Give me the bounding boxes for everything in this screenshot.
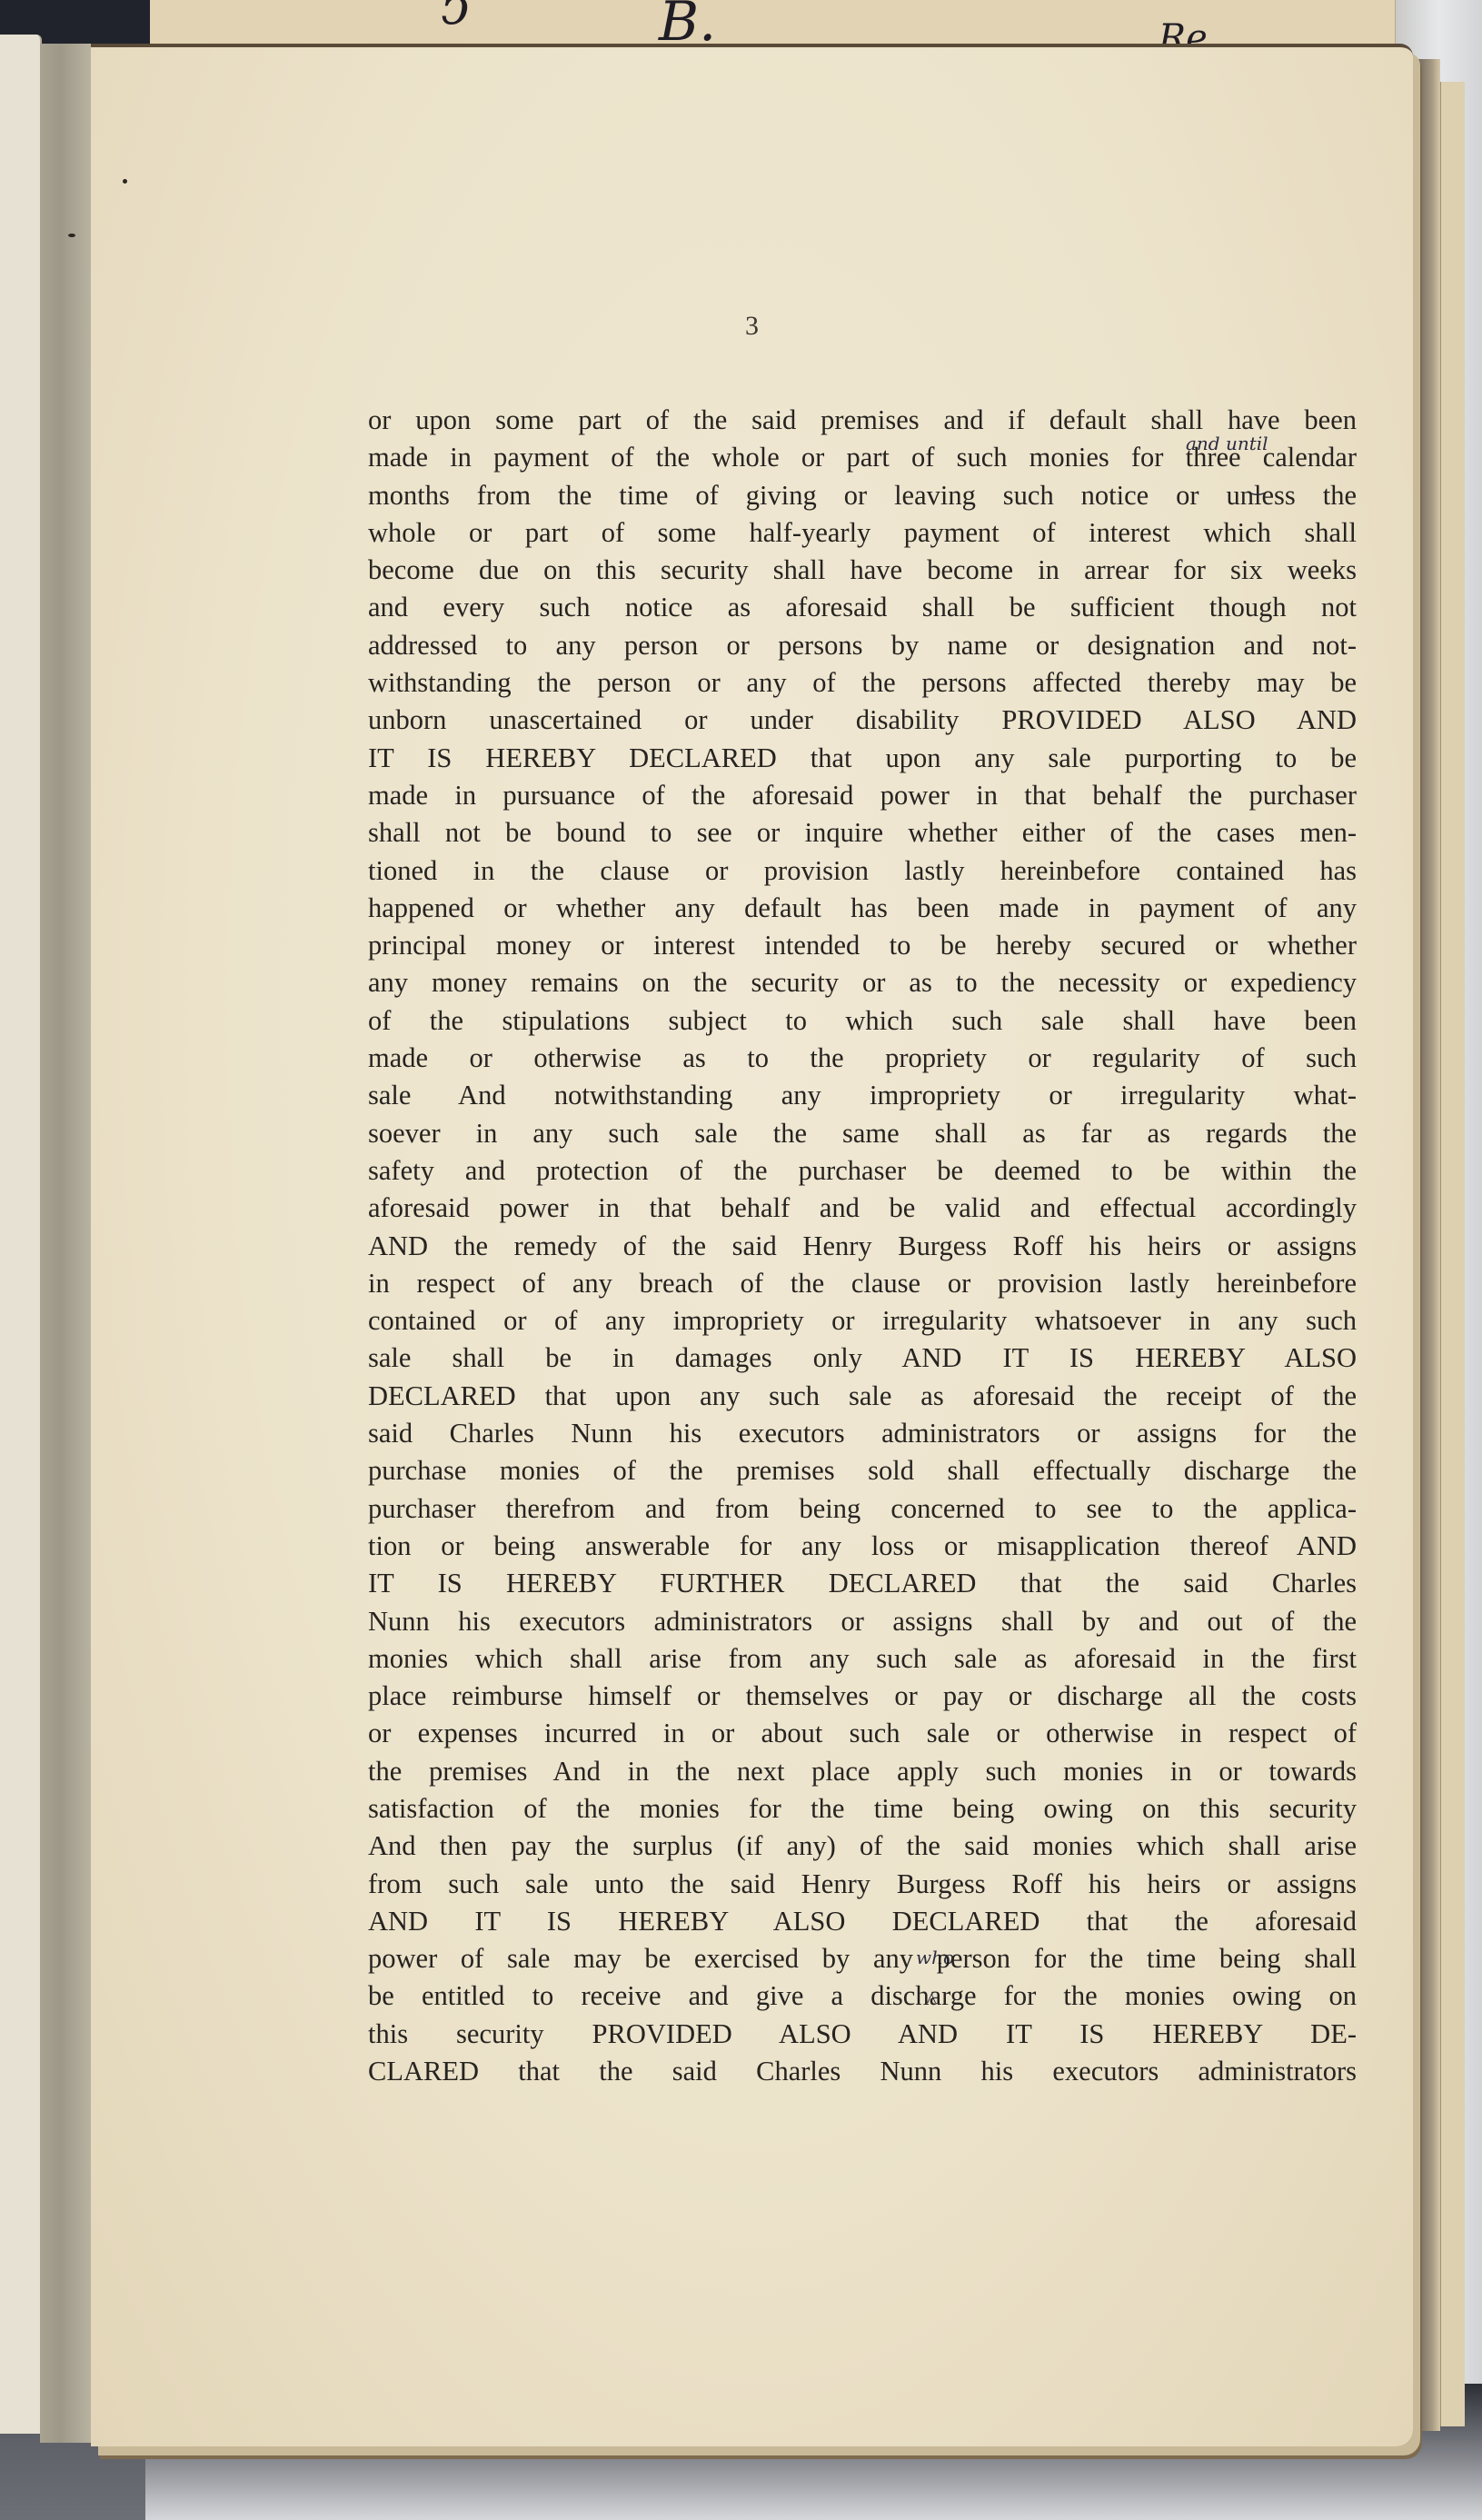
text-line: or upon some part of the said premises a… xyxy=(368,402,1357,439)
text-line: purchase monies of the premises sold sha… xyxy=(368,1452,1357,1489)
behind-handwriting-b: B. xyxy=(659,0,716,49)
paper-blemish xyxy=(123,179,127,184)
text-line: made in payment of the whole or part of … xyxy=(368,439,1357,476)
text-line: months from the time of giving or leavin… xyxy=(368,477,1357,514)
text-line: of the stipulations subject to which suc… xyxy=(368,1002,1357,1040)
text-line: shall not be bound to see or inquire whe… xyxy=(368,814,1357,852)
text-line: this security PROVIDED ALSO AND IT IS HE… xyxy=(368,2016,1357,2053)
text-line: addressed to any person or persons by na… xyxy=(368,627,1357,664)
page-fore-edge xyxy=(1413,59,1440,2431)
text-line: any money remains on the security or as … xyxy=(368,964,1357,1001)
text-line: IT IS HEREBY DECLARED that upon any sale… xyxy=(368,740,1357,777)
text-line: aforesaid power in that behalf and be va… xyxy=(368,1190,1357,1227)
text-line: principal money or interest intended to … xyxy=(368,927,1357,964)
text-line: be entitled to receive and give a discha… xyxy=(368,1977,1357,2015)
text-line: AND the remedy of the said Henry Burgess… xyxy=(368,1228,1357,1265)
text-line: And then pay the surplus (if any) of the… xyxy=(368,1828,1357,1865)
text-line: safety and protection of the purchaser b… xyxy=(368,1152,1357,1190)
text-line: soever in any such sale the same shall a… xyxy=(368,1115,1357,1152)
text-line: tioned in the clause or provision lastly… xyxy=(368,852,1357,890)
text-line: purchaser therefrom and from being conce… xyxy=(368,1490,1357,1528)
text-line: IT IS HEREBY FURTHER DECLARED that the s… xyxy=(368,1565,1357,1602)
text-line: in respect of any breach of the clause o… xyxy=(368,1265,1357,1302)
document-page: 3 and until ‿ who ^ or upon some part of… xyxy=(91,44,1413,2446)
text-line: place reimburse himself or themselves or… xyxy=(368,1678,1357,1715)
text-line: happened or whether any default has been… xyxy=(368,890,1357,927)
text-line: whole or part of some half-yearly paymen… xyxy=(368,514,1357,552)
text-line: tion or being answerable for any loss or… xyxy=(368,1528,1357,1565)
text-line: AND IT IS HEREBY ALSO DECLARED that the … xyxy=(368,1903,1357,1940)
deed-body-text: or upon some part of the said premises a… xyxy=(368,402,1357,2090)
text-line: said Charles Nunn his executors administ… xyxy=(368,1415,1357,1452)
text-line: contained or of any impropriety or irreg… xyxy=(368,1302,1357,1340)
text-line: made in pursuance of the aforesaid power… xyxy=(368,777,1357,814)
text-line: sale And notwithstanding any impropriety… xyxy=(368,1077,1357,1114)
text-line: sale shall be in damages only AND IT IS … xyxy=(368,1340,1357,1377)
left-facing-page-edge xyxy=(0,35,42,2434)
text-line: from such sale unto the said Henry Burge… xyxy=(368,1866,1357,1903)
text-line: withstanding the person or any of the pe… xyxy=(368,664,1357,702)
text-line: satisfaction of the monies for the time … xyxy=(368,1790,1357,1828)
behind-handwriting-1: ↄ xyxy=(441,0,469,33)
text-line: Nunn his executors administrators or ass… xyxy=(368,1603,1357,1640)
stacked-pages-edge xyxy=(1440,82,1465,2426)
text-line: power of sale may be exercised by any pe… xyxy=(368,1940,1357,1977)
text-line: become due on this security shall have b… xyxy=(368,552,1357,589)
book-gutter-shadow xyxy=(40,44,91,2443)
text-line: unborn unascertained or under disability… xyxy=(368,702,1357,739)
paper-blemish xyxy=(68,234,75,237)
page-number: 3 xyxy=(91,311,1413,342)
text-line: the premises And in the next place apply… xyxy=(368,1753,1357,1790)
text-line: monies which shall arise from any such s… xyxy=(368,1640,1357,1678)
text-line: CLARED that the said Charles Nunn his ex… xyxy=(368,2053,1357,2090)
text-line: or expenses incurred in or about such sa… xyxy=(368,1715,1357,1752)
text-line: and every such notice as aforesaid shall… xyxy=(368,589,1357,626)
text-line: made or otherwise as to the propriety or… xyxy=(368,1040,1357,1077)
text-line: DECLARED that upon any such sale as afor… xyxy=(368,1378,1357,1415)
